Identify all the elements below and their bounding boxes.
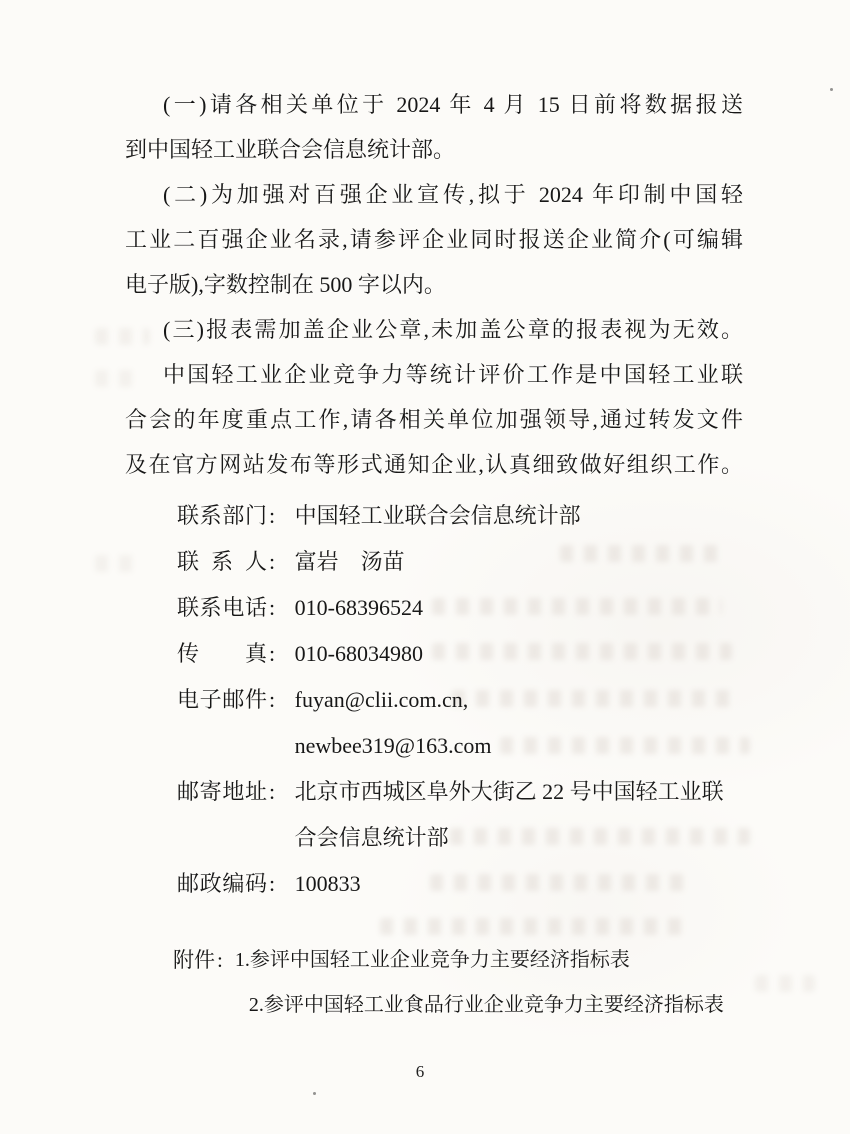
contact-label: 邮政编码 [177,861,267,907]
contact-label: 传真 [177,631,267,677]
contact-block: 联系部门: 中国轻工业联合会信息统计部 联系人: 富岩 汤苗 联系电话: 010… [125,493,743,907]
scan-speck [830,88,833,91]
contact-colon: : [269,861,275,907]
contact-row: 邮政编码: 100833 [177,861,743,907]
contact-value: 北京市西城区阜外大街乙 22 号中国轻工业联 合会信息统计部 [295,769,724,861]
body-line: (三)报表需加盖企业公章,未加盖公章的报表视为无效。 [125,307,743,352]
contact-label: 联系部门 [177,493,267,539]
body-line: 及在官方网站发布等形式通知企业,认真细致做好组织工作。 [125,442,743,487]
contact-colon: : [269,585,275,631]
body-line: (二)为加强对百强企业宣传,拟于 2024 年印制中国轻 [125,172,743,217]
bleedthrough-smudge [755,975,815,992]
contact-row: 电子邮件: fuyan@clii.com.cn, newbee319@163.c… [177,677,743,769]
body-line: 合会的年度重点工作,请各相关单位加强领导,通过转发文件 [125,397,743,442]
body-line: 到中国轻工业联合会信息统计部。 [125,127,743,172]
contact-value: 010-68034980 [295,631,423,677]
contact-value: 中国轻工业联合会信息统计部 [295,493,581,539]
scan-speck [313,1092,316,1095]
body-line: 工业二百强企业名录,请参评企业同时报送企业简介(可编辑 [125,217,743,262]
contact-label: 电子邮件 [177,677,267,723]
attachments-label: 附件 [173,938,215,983]
contact-colon: : [269,539,275,585]
contact-value: fuyan@clii.com.cn, newbee319@163.com [295,677,492,769]
attachments-block: 附件: 1.参评中国轻工业企业竞争力主要经济指标表 2.参评中国轻工业食品行业企… [125,938,743,1028]
contact-label: 邮寄地址 [177,769,267,815]
page-number: 6 [0,1062,840,1082]
contact-label: 联系人 [177,539,267,585]
document-content: (一)请各相关单位于 2024 年 4 月 15 日前将数据报送 到中国轻工业联… [125,82,743,1028]
contact-label: 联系电话 [177,585,267,631]
attachment-item: 1.参评中国轻工业企业竞争力主要经济指标表 [235,938,724,983]
contact-value: 富岩 汤苗 [295,539,405,585]
attachments-colon: : [217,938,223,983]
body-line: 中国轻工业企业竞争力等统计评价工作是中国轻工业联 [125,352,743,397]
body-line: (一)请各相关单位于 2024 年 4 月 15 日前将数据报送 [125,82,743,127]
contact-value: 010-68396524 [295,585,423,631]
contact-row: 联系电话: 010-68396524 [177,585,743,631]
body-line: 电子版),字数控制在 500 字以内。 [125,262,743,307]
attachments-list: 1.参评中国轻工业企业竞争力主要经济指标表 2.参评中国轻工业食品行业企业竞争力… [235,938,724,1028]
contact-row: 联系人: 富岩 汤苗 [177,539,743,585]
contact-colon: : [269,769,275,815]
contact-colon: : [269,631,275,677]
contact-row: 邮寄地址: 北京市西城区阜外大街乙 22 号中国轻工业联 合会信息统计部 [177,769,743,861]
scanned-document-page: (一)请各相关单位于 2024 年 4 月 15 日前将数据报送 到中国轻工业联… [0,0,850,1134]
contact-colon: : [269,493,275,539]
contact-row: 联系部门: 中国轻工业联合会信息统计部 [177,493,743,539]
contact-row: 传真: 010-68034980 [177,631,743,677]
contact-colon: : [269,677,275,723]
attachment-item: 2.参评中国轻工业食品行业企业竞争力主要经济指标表 [235,983,724,1028]
contact-value: 100833 [295,861,361,907]
